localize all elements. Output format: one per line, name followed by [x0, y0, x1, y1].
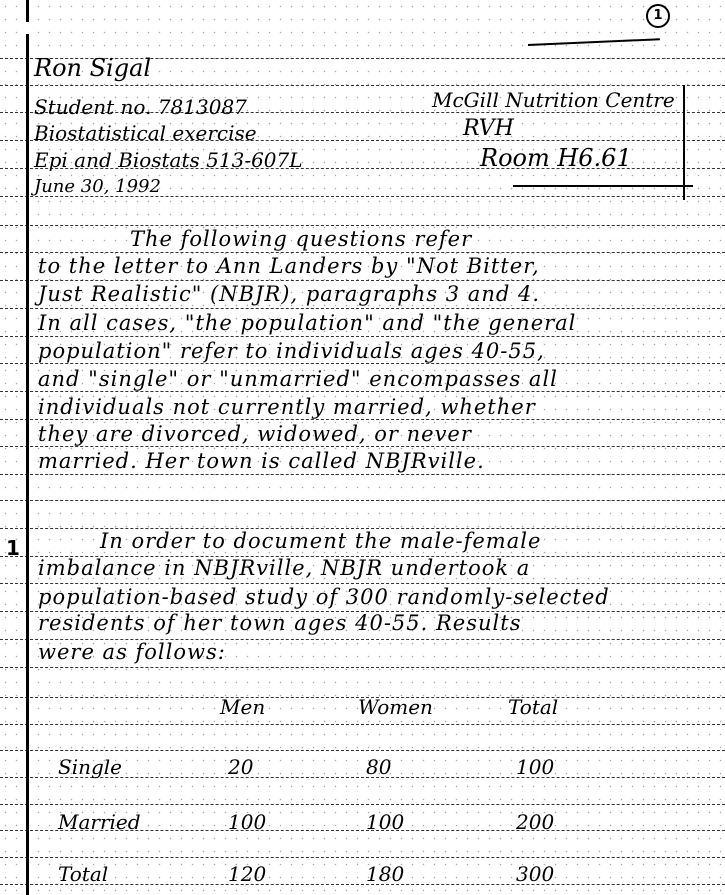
table-cell: 100 — [516, 755, 554, 779]
table-cell: 300 — [516, 862, 554, 886]
table-cell: 80 — [366, 755, 391, 779]
intro-line: individuals not currently married, wheth… — [38, 397, 536, 418]
ruled-line — [0, 884, 725, 885]
address-line-1: McGill Nutrition Centre — [432, 90, 675, 110]
table-column-header: Women — [358, 695, 433, 719]
intro-line: married. Her town is called NBJRville. — [38, 451, 485, 472]
question-line: residents of her town ages 40-55. Result… — [38, 613, 521, 634]
ruled-line — [0, 667, 725, 668]
course-title: Biostatistical exercise — [34, 123, 257, 143]
intro-line: population" refer to individuals ages 40… — [38, 341, 545, 362]
ruled-line — [0, 85, 725, 86]
ruled-line — [0, 500, 725, 501]
course-code: Epi and Biostats 513-607L — [34, 150, 303, 170]
margin-line — [26, 0, 29, 895]
ruled-line — [0, 724, 725, 725]
ruled-line — [0, 308, 725, 309]
date: June 30, 1992 — [34, 178, 161, 196]
notebook-page: 1 Ron Sigal Student no. 7813087 Biostati… — [0, 0, 725, 895]
question-line: In order to document the male-female — [100, 531, 541, 552]
intro-line: In all cases, "the population" and "the … — [38, 313, 576, 334]
ruled-line — [0, 391, 725, 392]
ruled-line — [0, 336, 725, 337]
intro-line: Just Realistic" (NBJR), paragraphs 3 and… — [38, 284, 540, 305]
ruled-line — [0, 252, 725, 253]
address-bracket-vertical — [683, 85, 685, 200]
intro-line: to the letter to Ann Landers by "Not Bit… — [38, 256, 540, 277]
ruled-line — [0, 804, 725, 805]
table-row-label: Total — [58, 862, 108, 886]
intro-line: they are divorced, widowed, or never — [38, 424, 472, 445]
table-cell: 120 — [228, 862, 266, 886]
student-name: Ron Sigal — [34, 56, 151, 80]
ruled-line — [0, 225, 725, 226]
table-column-header: Total — [508, 695, 558, 719]
table-cell: 100 — [366, 810, 404, 834]
address-line-3: Room H6.61 — [480, 146, 632, 170]
student-number: Student no. 7813087 — [34, 97, 247, 117]
table-row-label: Married — [58, 810, 141, 834]
ruled-line — [0, 419, 725, 420]
page-number-badge: 1 — [646, 4, 670, 28]
table-column-header: Men — [220, 695, 265, 719]
table-cell: 20 — [228, 755, 253, 779]
table-cell: 200 — [516, 810, 554, 834]
ruled-line — [0, 280, 725, 281]
ruled-line — [0, 363, 725, 364]
intro-line: and "single" or "unmarried" encompasses … — [38, 369, 558, 390]
question-line: population-based study of 300 randomly-s… — [38, 587, 610, 608]
question-marker: 1 — [6, 536, 20, 560]
ruled-line — [0, 857, 725, 858]
table-cell: 180 — [366, 862, 404, 886]
question-line: imbalance in NBJRville, NBJR undertook a — [38, 558, 530, 579]
ruled-line — [0, 583, 725, 584]
ruled-line — [0, 474, 725, 475]
ruled-line — [0, 750, 725, 751]
signature-line — [528, 38, 660, 46]
table-row-label: Single — [58, 755, 122, 779]
address-bracket-horizontal — [513, 185, 693, 187]
table-cell: 100 — [228, 810, 266, 834]
ruled-line — [0, 446, 725, 447]
margin-gap — [24, 22, 32, 34]
address-line-2: RVH — [463, 118, 514, 140]
question-line: were as follows: — [38, 642, 226, 663]
intro-line: The following questions refer — [130, 229, 472, 250]
